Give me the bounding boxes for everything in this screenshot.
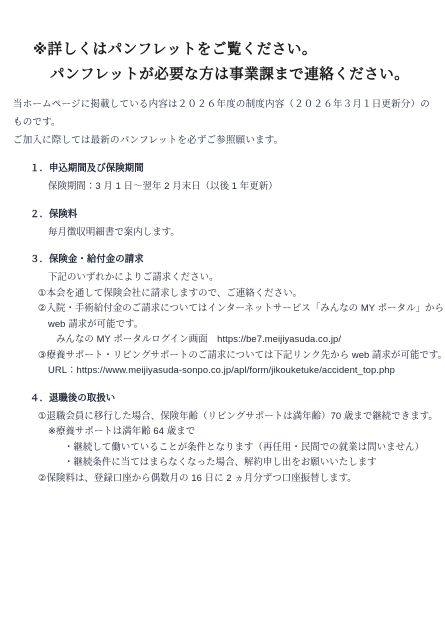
retirement-item-2: ②保険料は、登録口座から偶数月の 16 日に 2 ヵ月分ずつ口座振替します。 [38, 470, 445, 486]
insurance-period-line: 保険期間：3 月 1 日～翌年 2 月末日（以後 1 年更新） [48, 178, 445, 194]
update-notice: 当ホームページに掲載している内容は２０２６年度の制度内容（２０２６年３月１日更新… [13, 96, 437, 150]
claims-item-3: ③療養サポート・リビングサポートのご請求については下記リンク先から web 請求… [38, 347, 445, 363]
section-after-retirement: ４．退職後の取扱い ①退職会員に移行した場合、保険年齢（リビングサポートは満年齢… [0, 390, 445, 486]
claim-url-line: URL：https://www.meijiyasuda-sonpo.co.jp/… [48, 362, 445, 378]
section-application-period: １．申込期間及び保険期間 保険期間：3 月 1 日～翌年 2 月末日（以後 1 … [0, 160, 445, 194]
document-page: ※詳しくはパンフレットをご覧ください。 パンフレットが必要な方は事業課まで連絡く… [0, 0, 445, 631]
retirement-condition-2: ・継続条件に当てはまらなくなった場合、解約申し出をお願いいたします [64, 454, 445, 470]
notice-line-1: 当ホームページに掲載している内容は２０２６年度の制度内容（２０２６年３月１日更新… [13, 96, 437, 132]
retirement-note-line: ※療養サポートは満年齢 64 歳まで [48, 423, 445, 439]
claims-item-1: ①本会を通して保険会社に請求しますので、ご連絡ください。 [38, 285, 445, 301]
claims-item-2: ②入院・手術給付金のご請求についてはインターネットサービス「みんなの MY ポー… [38, 300, 445, 316]
claims-item-2-cont: web 請求が可能です。 [48, 316, 445, 332]
heading-line-1: ※詳しくはパンフレットをご覧ください。 [33, 38, 445, 63]
claims-intro-line: 下記のいずれかによりご請求ください。 [48, 269, 445, 285]
section-title: ３．保険金・給付金の請求 [30, 251, 445, 267]
retirement-item-1: ①退職会員に移行した場合、保険年齢（リビングサポートは満年齢）70 歳まで継続で… [38, 408, 445, 424]
heading-line-2: パンフレットが必要な方は事業課まで連絡ください。 [50, 63, 445, 88]
document-heading: ※詳しくはパンフレットをご覧ください。 パンフレットが必要な方は事業課まで連絡く… [0, 38, 445, 88]
notice-line-2: ご加入に際しては最新のパンフレットを必ずご参照願います。 [13, 132, 437, 150]
section-claims: ３．保険金・給付金の請求 下記のいずれかによりご請求ください。 ①本会を通して保… [0, 251, 445, 378]
premium-info-line: 毎月徴収明細書で案内します。 [48, 224, 445, 240]
section-title: ２．保険料 [30, 206, 445, 222]
section-title: ４．退職後の取扱い [30, 390, 445, 406]
section-premium: ２．保険料 毎月徴収明細書で案内します。 [0, 206, 445, 240]
retirement-condition-1: ・継続して働いていることが条件となります（再任用・民間での就業は問いません） [64, 439, 445, 455]
portal-login-url-line: みんなの MY ポータルログイン画面 https://be7.meijiyasu… [56, 331, 445, 347]
section-title: １．申込期間及び保険期間 [30, 160, 445, 176]
